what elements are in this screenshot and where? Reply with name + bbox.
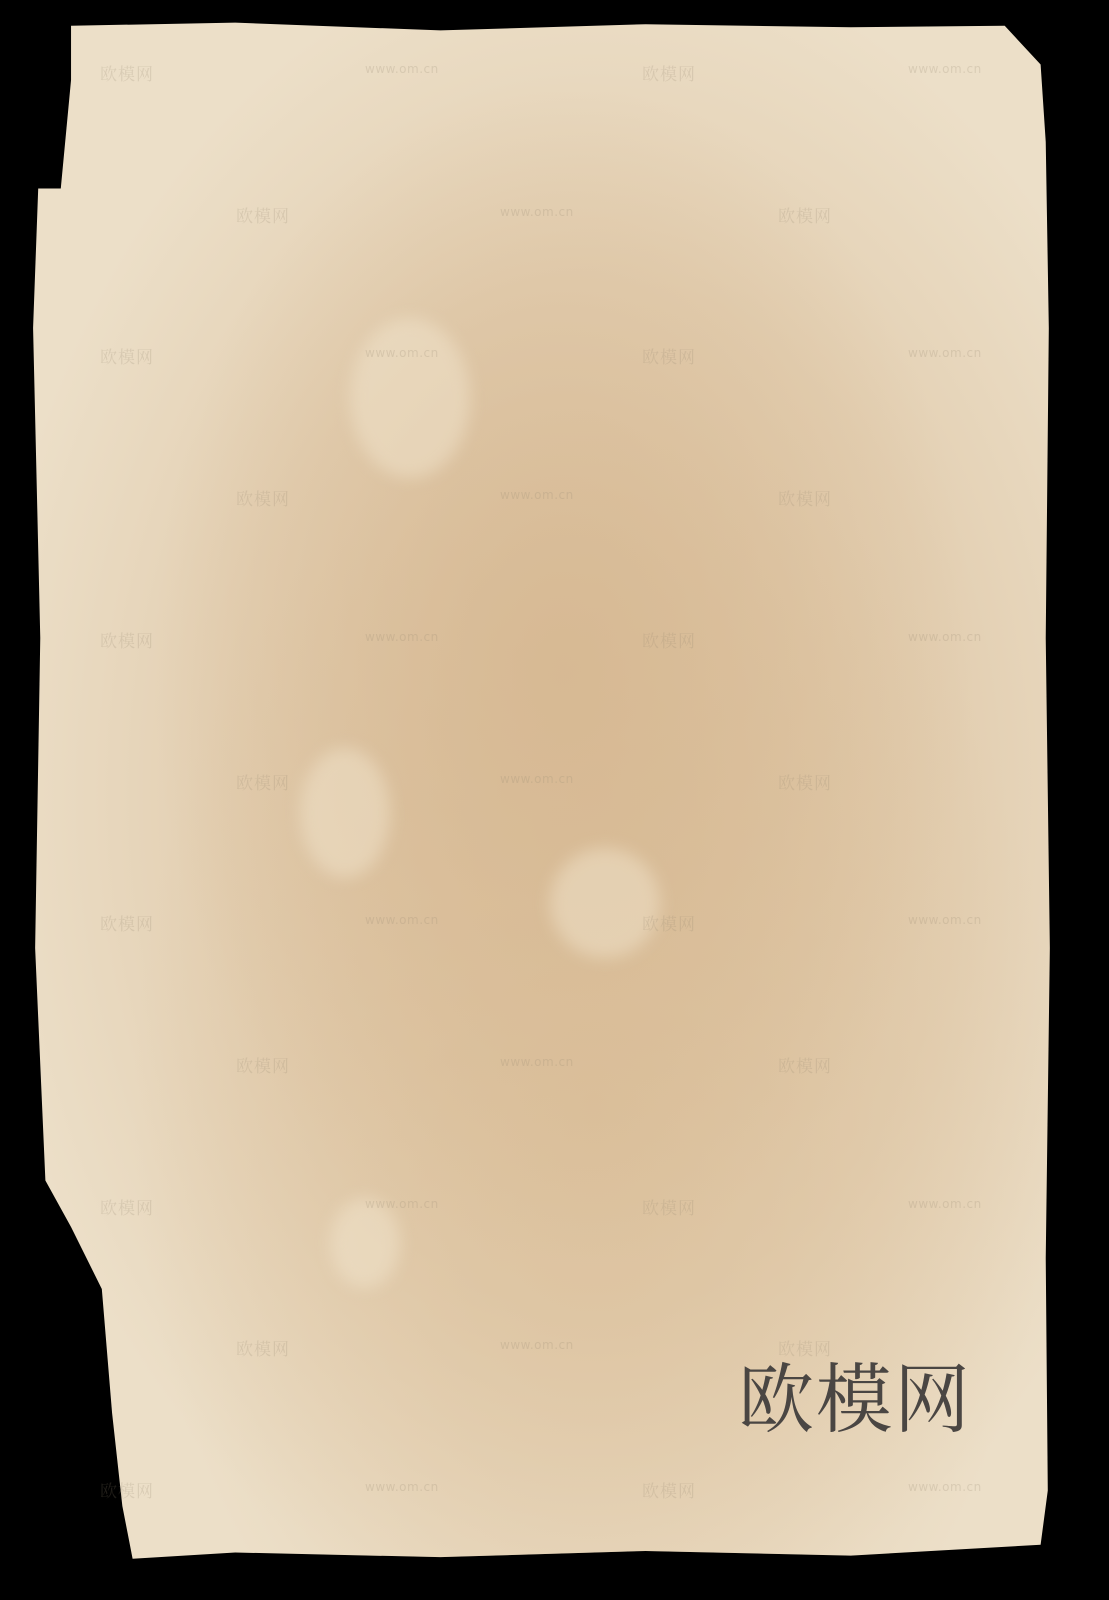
watermark-url: www.om.cn [365,913,439,927]
watermark-url: www.om.cn [500,772,574,786]
paper-stain [300,748,390,878]
watermark-brand: 欧模网 [100,627,154,652]
watermark-brand: 欧模网 [100,910,154,935]
paper-stain [550,848,660,958]
watermark-url: www.om.cn [500,488,574,502]
watermark-url: www.om.cn [500,1055,574,1069]
watermark-brand: 欧模网 [642,60,696,85]
watermark-url: www.om.cn [500,1338,574,1352]
watermark-brand: 欧模网 [642,1477,696,1502]
watermark-url: www.om.cn [365,1480,439,1494]
watermark-brand: 欧模网 [778,202,832,227]
watermark-brand: 欧模网 [236,1052,290,1077]
watermark-url: www.om.cn [908,1480,982,1494]
watermark-brand: 欧模网 [236,202,290,227]
paper-stain [350,318,470,478]
watermark-brand: 欧模网 [642,343,696,368]
aged-paper-sheet [30,18,1056,1568]
watermark-url: www.om.cn [908,62,982,76]
watermark-brand: 欧模网 [100,343,154,368]
watermark-brand: 欧模网 [100,1477,154,1502]
watermark-url: www.om.cn [908,630,982,644]
watermark-url: www.om.cn [365,62,439,76]
watermark-url: www.om.cn [365,1197,439,1211]
watermark-brand: 欧模网 [642,1194,696,1219]
watermark-brand: 欧模网 [236,1335,290,1360]
watermark-brand: 欧模网 [100,60,154,85]
paper-stain [330,1198,400,1288]
watermark-brand: 欧模网 [236,485,290,510]
watermark-brand: 欧模网 [778,485,832,510]
watermark-url: www.om.cn [365,346,439,360]
brand-logo-text: 欧模网 [738,1362,972,1438]
watermark-brand: 欧模网 [100,1194,154,1219]
watermark-brand: 欧模网 [642,910,696,935]
watermark-brand: 欧模网 [778,769,832,794]
watermark-brand: 欧模网 [642,627,696,652]
watermark-url: www.om.cn [908,913,982,927]
watermark-brand: 欧模网 [236,769,290,794]
watermark-url: www.om.cn [500,205,574,219]
watermark-url: www.om.cn [908,346,982,360]
watermark-url: www.om.cn [908,1197,982,1211]
watermark-brand: 欧模网 [778,1052,832,1077]
watermark-url: www.om.cn [365,630,439,644]
